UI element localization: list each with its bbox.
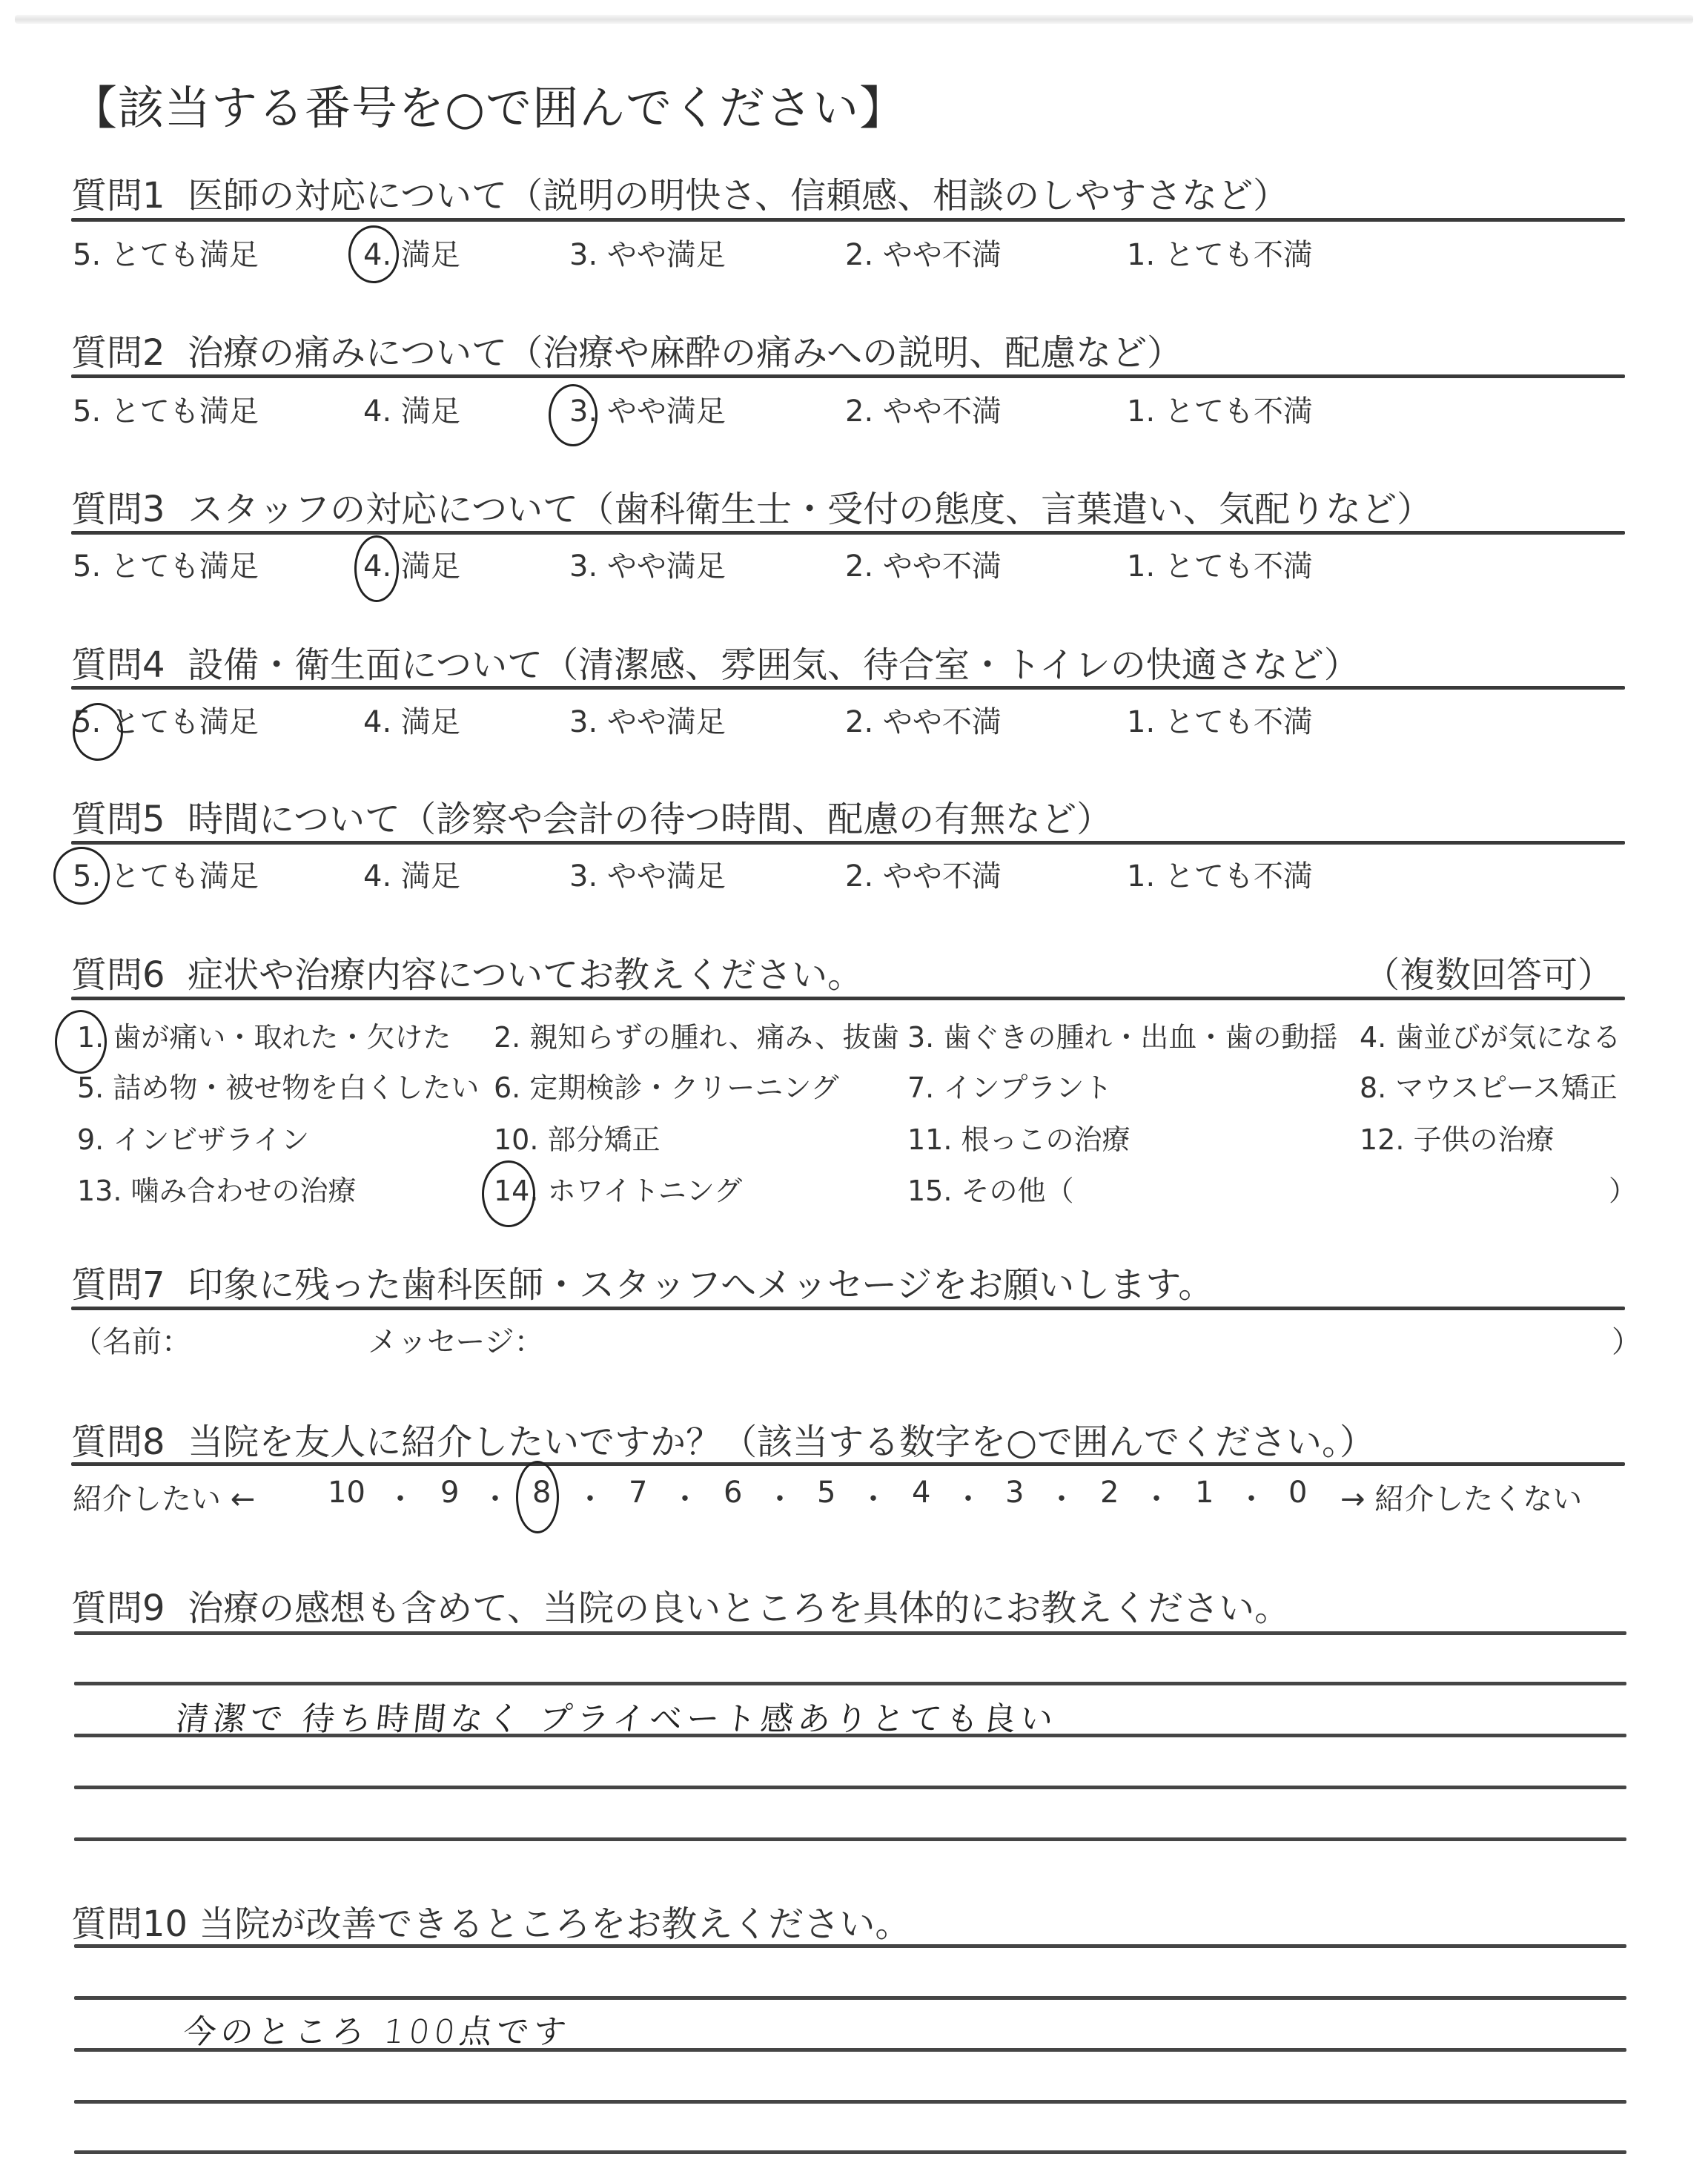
recommend-left-label: 紹介したい ←: [73, 1476, 255, 1518]
recommend-right-label: → 紹介したくない: [1340, 1476, 1582, 1518]
q2-option-2[interactable]: 2. やや不満: [845, 388, 1002, 430]
q5-option-2[interactable]: 2. やや不満: [845, 853, 1002, 895]
question-9: 質問9 治療の感想も含めて、当院の良いところを具体的にお教えください。: [71, 1579, 1290, 1631]
q6-option-8[interactable]: 8. マウスピース矯正: [1360, 1065, 1618, 1106]
question-5-text: 時間について（診察や会計の待つ時間、配慮の有無など）: [188, 799, 1112, 840]
question-5: 質問5 時間について（診察や会計の待つ時間、配慮の有無など）: [71, 790, 1112, 842]
multiple-answers-note: （複数回答可）: [1364, 946, 1613, 997]
q6-option-12[interactable]: 12. 子供の治療: [1360, 1117, 1555, 1157]
question-7-label: 質問7: [71, 1264, 165, 1306]
question-4-label: 質問4: [71, 644, 165, 686]
divider: [71, 1307, 1625, 1310]
q2-option-4[interactable]: 4. 満足: [363, 388, 460, 430]
answer-line: [74, 1837, 1626, 1841]
divider: [71, 218, 1625, 222]
scale-separator: ・: [670, 1476, 700, 1518]
question-3-text: スタッフの対応について（歯科衛生士・受付の態度、言葉遣い、気配りなど）: [188, 489, 1432, 530]
answer-line: [74, 1682, 1626, 1685]
question-2-label: 質問2: [71, 332, 165, 374]
question-10: 質問10 当院が改善できるところをお教えください。: [71, 1895, 910, 1946]
q6-option-4[interactable]: 4. 歯並びが気になる: [1360, 1014, 1621, 1055]
divider: [71, 841, 1625, 845]
question-8: 質問8 当院を友人に紹介したいですか？（該当する数字を○で囲んでください。）: [71, 1413, 1375, 1464]
question-3: 質問3 スタッフの対応について（歯科衛生士・受付の態度、言葉遣い、気配りなど）: [71, 480, 1432, 532]
question-8-text: 当院を友人に紹介したいですか？（該当する数字を○で囲んでください。）: [188, 1421, 1375, 1463]
scale-6[interactable]: 6: [724, 1476, 742, 1510]
q4-option-4[interactable]: 4. 満足: [363, 698, 460, 741]
question-2-text: 治療の痛みについて（治療や麻酔の痛みへの説明、配慮など）: [188, 332, 1182, 374]
q2-option-5[interactable]: 5. とても満足: [73, 388, 259, 430]
q6-option-5[interactable]: 5. 詰め物・被せ物を白くしたい: [77, 1065, 479, 1106]
question-6-text: 症状や治療内容についてお教えください。: [188, 954, 863, 996]
scale-separator: ・: [858, 1476, 888, 1518]
selection-circle-q1: [348, 225, 399, 283]
q6-option-10[interactable]: 10. 部分矯正: [494, 1117, 661, 1157]
question-1-label: 質問1: [71, 175, 165, 217]
question-7-text: 印象に残った歯科医師・スタッフへメッセージをお願いします。: [188, 1264, 1214, 1306]
q10-handwritten-answer[interactable]: 今のところ 100点です: [182, 2005, 574, 2052]
scale-separator: ・: [953, 1476, 983, 1518]
answer-line: [74, 2100, 1626, 2104]
selection-circle-q6-14: [482, 1160, 535, 1227]
question-6-label: 質問6: [71, 954, 165, 996]
scale-0[interactable]: 0: [1288, 1476, 1307, 1510]
question-4: 質問4 設備・衛生面について（清潔感、雰囲気、待合室・トイレの快適さなど）: [71, 636, 1360, 687]
answer-line: [74, 1631, 1626, 1635]
scale-1[interactable]: 1: [1195, 1476, 1214, 1510]
selection-circle-q5: [53, 847, 110, 905]
q5-option-1[interactable]: 1. とても不満: [1127, 853, 1313, 895]
scale-separator: ・: [1047, 1476, 1076, 1518]
divider: [71, 531, 1625, 535]
scale-separator: ・: [765, 1476, 795, 1518]
question-8-label: 質問8: [71, 1421, 165, 1463]
q1-option-3[interactable]: 3. やや満足: [569, 231, 726, 274]
selection-circle-q6-1: [55, 1010, 107, 1074]
q6-other-close-paren: ）: [1609, 1168, 1637, 1209]
q5-option-4[interactable]: 4. 満足: [363, 853, 460, 895]
q6-option-2[interactable]: 2. 親知らずの腫れ、痛み、抜歯: [494, 1014, 899, 1055]
scale-separator: ・: [575, 1476, 605, 1518]
question-10-text: 当院が改善できるところをお教えください。: [199, 1903, 910, 1945]
question-10-label: 質問10: [71, 1903, 188, 1945]
q3-option-2[interactable]: 2. やや不満: [845, 543, 1002, 585]
message-close-paren: ）: [1612, 1318, 1641, 1361]
answer-line: [74, 1996, 1626, 2000]
message-field-label: メッセージ：: [368, 1318, 544, 1361]
question-9-label: 質問9: [71, 1588, 165, 1629]
q6-option-11[interactable]: 11. 根っこの治療: [907, 1117, 1131, 1157]
q6-option-9[interactable]: 9. インビザライン: [77, 1117, 309, 1157]
answer-line: [74, 1944, 1626, 1948]
q6-option-1[interactable]: 1. 歯が痛い・取れた・欠けた: [77, 1014, 451, 1055]
q6-option-7[interactable]: 7. インプラント: [907, 1065, 1112, 1106]
question-9-text: 治療の感想も含めて、当院の良いところを具体的にお教えください。: [188, 1588, 1290, 1629]
selection-circle-q2: [549, 384, 598, 446]
selection-circle-q4: [73, 703, 123, 761]
q4-option-3[interactable]: 3. やや満足: [569, 698, 726, 741]
scale-separator: ・: [1142, 1476, 1171, 1518]
q3-option-1[interactable]: 1. とても不満: [1127, 543, 1313, 585]
q6-option-3[interactable]: 3. 歯ぐきの腫れ・出血・歯の動揺: [907, 1014, 1337, 1055]
page-title: 【該当する番号を○で囲んでください】: [71, 71, 906, 137]
selection-circle-q8: [516, 1461, 559, 1533]
q1-option-1[interactable]: 1. とても不満: [1127, 231, 1313, 274]
scale-7[interactable]: 7: [629, 1476, 647, 1510]
q1-option-5[interactable]: 5. とても満足: [73, 231, 259, 274]
divider: [71, 997, 1625, 1000]
q4-option-1[interactable]: 1. とても不満: [1127, 698, 1313, 741]
scan-top-edge: [15, 15, 1693, 24]
scale-3[interactable]: 3: [1005, 1476, 1024, 1510]
answer-line: [74, 2048, 1626, 2052]
name-field-label: （名前：: [73, 1318, 191, 1361]
divider: [71, 1462, 1625, 1466]
question-7: 質問7 印象に残った歯科医師・スタッフへメッセージをお願いします。: [71, 1256, 1214, 1307]
scale-5[interactable]: 5: [817, 1476, 835, 1510]
scale-4[interactable]: 4: [912, 1476, 930, 1510]
q6-option-13[interactable]: 13. 噛み合わせの治療: [77, 1168, 357, 1209]
scale-9[interactable]: 9: [440, 1476, 459, 1510]
q6-option-15[interactable]: 15. その他（: [907, 1168, 1074, 1209]
question-6: 質問6 症状や治療内容についてお教えください。: [71, 946, 863, 997]
selection-circle-q3: [354, 535, 399, 602]
answer-line: [74, 2150, 1626, 2154]
scale-2[interactable]: 2: [1100, 1476, 1119, 1510]
scale-separator: ・: [1237, 1476, 1266, 1518]
question-5-label: 質問5: [71, 799, 165, 840]
scale-separator: ・: [385, 1476, 415, 1518]
question-1-text: 医師の対応について（説明の明快さ、信頼感、相談のしやすさなど）: [188, 175, 1288, 217]
divider: [71, 686, 1625, 690]
q2-option-1[interactable]: 1. とても不満: [1127, 388, 1313, 430]
q3-option-3[interactable]: 3. やや満足: [569, 543, 726, 585]
question-2: 質問2 治療の痛みについて（治療や麻酔の痛みへの説明、配慮など）: [71, 324, 1182, 375]
answer-line: [74, 1734, 1626, 1737]
question-1: 質問1 医師の対応について（説明の明快さ、信頼感、相談のしやすさなど）: [71, 167, 1288, 218]
q5-option-3[interactable]: 3. やや満足: [569, 853, 726, 895]
scale-separator: ・: [480, 1476, 510, 1518]
q4-option-2[interactable]: 2. やや不満: [845, 698, 1002, 741]
scale-10[interactable]: 10: [328, 1476, 365, 1510]
question-4-text: 設備・衛生面について（清潔感、雰囲気、待合室・トイレの快適さなど）: [188, 644, 1360, 686]
q9-handwritten-answer[interactable]: 清潔で 待ち時間なく プライベート感ありとても良い: [174, 1692, 1060, 1740]
q3-option-5[interactable]: 5. とても満足: [73, 543, 259, 585]
answer-line: [74, 1786, 1626, 1789]
q1-option-2[interactable]: 2. やや不満: [845, 231, 1002, 274]
question-3-label: 質問3: [71, 489, 165, 530]
divider: [71, 374, 1625, 378]
q6-option-6[interactable]: 6. 定期検診・クリーニング: [494, 1065, 839, 1106]
